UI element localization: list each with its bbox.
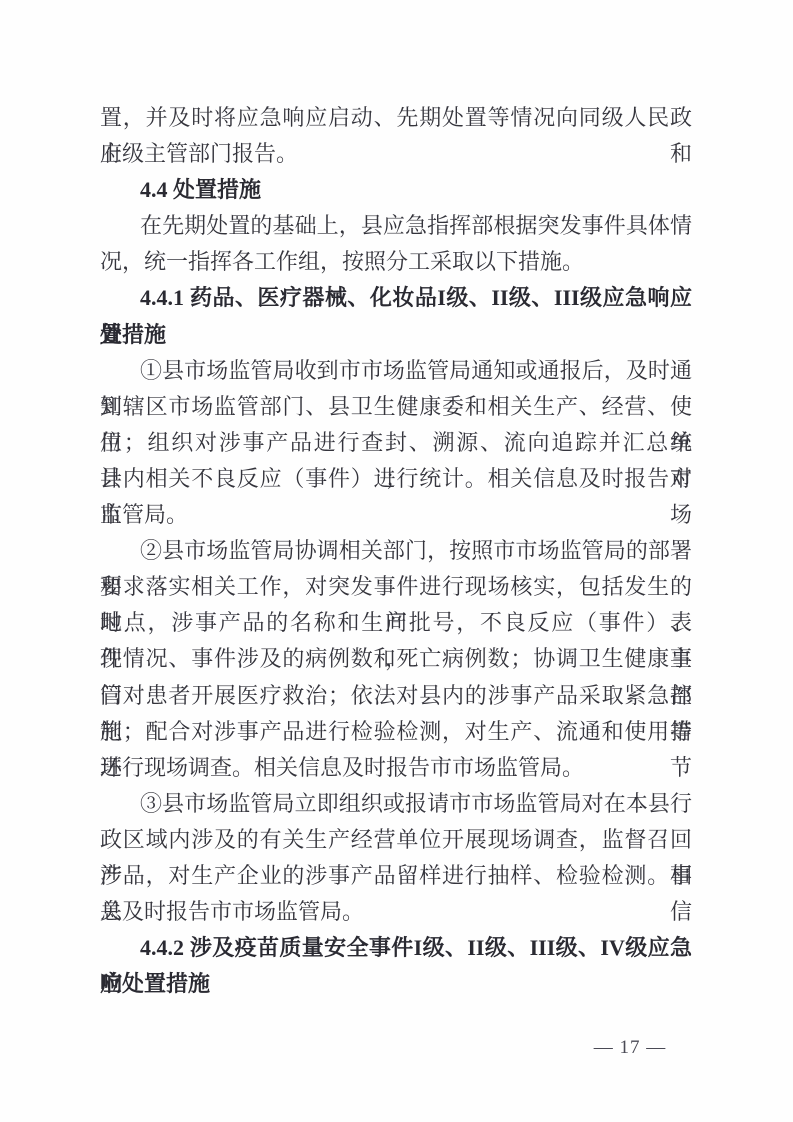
- text-line: 产品，对生产企业的涉事产品留样进行抽样、检验检测。相关信: [100, 858, 692, 894]
- text-line: 到辖区市场监管部门、县卫生健康委和相关生产、经营、使用单: [100, 389, 692, 425]
- text-line: 门对患者开展医疗救治；依法对县内的涉事产品采取紧急控制措: [100, 678, 692, 714]
- text-line: 政区域内涉及的有关生产经营单位开展现场调查，监督召回涉事: [100, 822, 692, 858]
- text-line: 施；配合对涉事产品进行检验检测，对生产、流通和使用等环节: [100, 714, 692, 750]
- text-line: ③县市场监管局立即组织或报请市市场监管局对在本县行: [100, 786, 692, 822]
- heading-line: 4.4 处置措施: [100, 172, 692, 208]
- text-line: 置，并及时将应急响应启动、先期处置等情况向同级人民政府和: [100, 100, 692, 136]
- heading-line: 置措施: [100, 317, 692, 353]
- document-content: 置，并及时将应急响应启动、先期处置等情况向同级人民政府和上级主管部门报告。4.4…: [100, 100, 692, 1002]
- text-line: 地点，涉事产品的名称和生产批号，不良反应（事件）表现，事: [100, 605, 692, 641]
- text-line: ②县市场监管局协调相关部门，按照市市场监管局的部署和: [100, 533, 692, 569]
- text-line: 位；组织对涉事产品进行查封、溯源、流向追踪并汇总统计；对: [100, 425, 692, 461]
- heading-line: 4.4.1 药品、医疗器械、化妆品I级、II级、III级应急响应处: [100, 280, 692, 316]
- text-line: ①县市场监管局收到市市场监管局通知或通报后，及时通知: [100, 353, 692, 389]
- text-line: 件情况、事件涉及的病例数和死亡病例数；协调卫生健康主管部: [100, 641, 692, 677]
- heading-line: 4.4.2 涉及疫苗质量安全事件I级、II级、III级、IV级应急响: [100, 930, 692, 966]
- document-page: 置，并及时将应急响应启动、先期处置等情况向同级人民政府和上级主管部门报告。4.4…: [0, 0, 793, 1122]
- heading-line: 应处置措施: [100, 966, 692, 1002]
- text-line: 况，统一指挥各工作组，按照分工采取以下措施。: [100, 244, 692, 280]
- page-number: — 17 —: [565, 1036, 695, 1060]
- text-line: 要求落实相关工作，对突发事件进行现场核实，包括发生的时间、: [100, 569, 692, 605]
- text-line: 在先期处置的基础上，县应急指挥部根据突发事件具体情: [100, 208, 692, 244]
- text-line: 县内相关不良反应（事件）进行统计。相关信息及时报告市市场: [100, 461, 692, 497]
